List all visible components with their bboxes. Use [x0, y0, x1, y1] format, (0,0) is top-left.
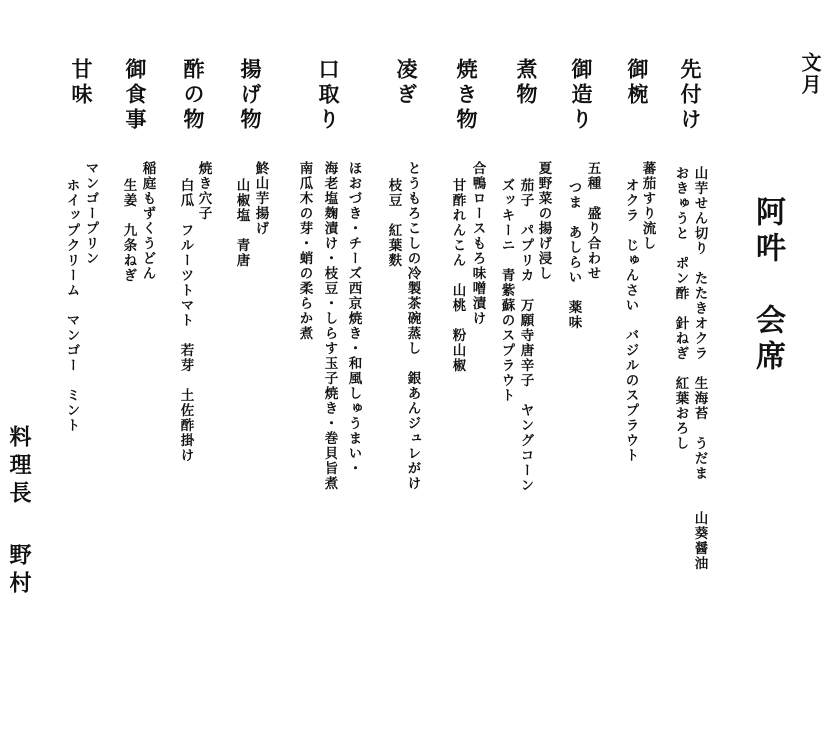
course-title: 御食事 [125, 58, 146, 133]
course-item: 生姜 九条ねぎ [121, 178, 135, 283]
course-item: おきゅうと ポン酢 針ねぎ 紅葉おろし [673, 166, 687, 451]
course-title: 甘味 [71, 58, 92, 108]
course-title: 先付け [680, 58, 701, 133]
course-title: 御造り [571, 58, 592, 133]
course-item: 合鴨ロースもろ味噌漬け [470, 161, 484, 326]
menu-title: 阿吽 会席 [752, 196, 782, 376]
course-item: 茄子 パプリカ 万願寺唐辛子 ヤングコーン [518, 178, 532, 493]
chef-name: 野村 [8, 543, 30, 599]
course-item: 山芋せん切り たたきオクラ 生海苔 うだま 山葵醤油 [692, 166, 706, 571]
course-item: ほおづき・チーズ西京焼き・和風しゅうまい・ [346, 161, 360, 476]
course-item: とうもろこしの冷製茶碗蒸し 銀あんジュレがけ [405, 161, 419, 491]
course-title: 口取り [318, 58, 339, 133]
course-title: 御椀 [627, 58, 648, 108]
course-item: 白瓜 フルーツトマト 若芽 土佐酢掛け [178, 178, 192, 463]
course-item: 五種 盛り合わせ [585, 161, 599, 281]
course-item: 南瓜木の芽・蛸の柔らか煮 [297, 161, 311, 341]
course-title: 揚げ物 [240, 58, 261, 133]
chef-title: 料理長 [8, 425, 30, 509]
course-item: オクラ じゅんさい バジルのスプラウト [623, 178, 637, 463]
course-item: 甘酢れんこん 山桃 粉山椒 [450, 178, 464, 373]
course-item: 海老塩麹漬け・枝豆・しらす玉子焼き・巻貝旨煮 [322, 161, 336, 491]
course-item: 鮗山芋揚げ [253, 161, 267, 236]
course-title: 凌ぎ [396, 58, 417, 108]
course-item: ズッキーニ 青紫蘇のスプラウト [499, 178, 513, 403]
course-item: 山椒塩 青唐 [234, 178, 248, 268]
course-item: つま あしらい 薬味 [566, 180, 580, 330]
course-item: 焼き穴子 [196, 161, 210, 221]
month-label: 文月 [800, 52, 820, 96]
course-title: 焼き物 [456, 58, 477, 133]
course-item: ホイップクリーム マンゴー ミント [64, 178, 78, 433]
course-item: 夏野菜の揚げ浸し [536, 161, 550, 281]
course-title: 酢の物 [183, 58, 204, 133]
course-item: 稲庭もずくうどん [140, 161, 154, 281]
course-item: マンゴープリン [83, 161, 97, 266]
course-item: 蕃茄すり流し [640, 161, 654, 251]
course-item: 枝豆 紅葉麩 [386, 178, 400, 268]
course-title: 煮物 [516, 58, 537, 108]
